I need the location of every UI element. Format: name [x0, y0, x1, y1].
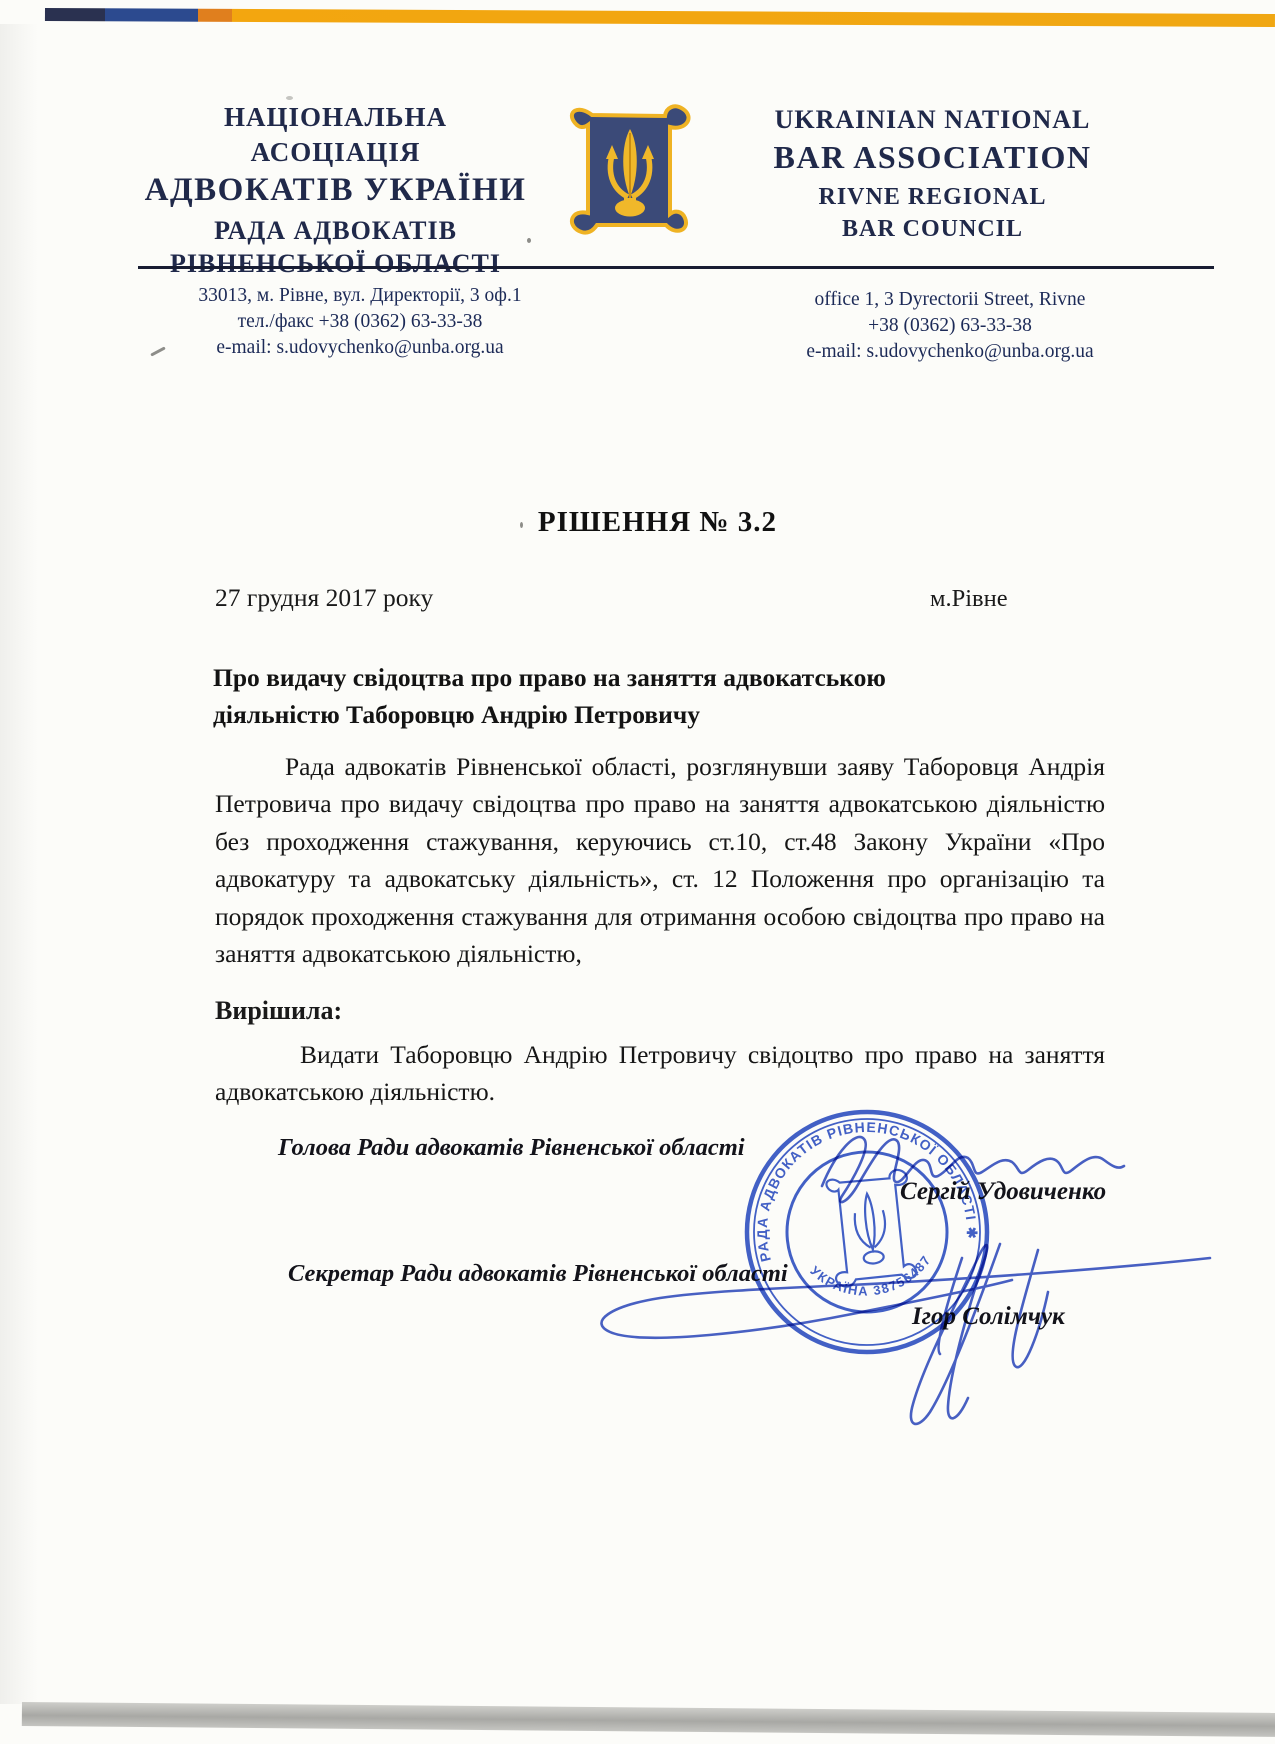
council-name-ua-line2: РІВНЕНСЬКОЇ ОБЛАСТІ: [138, 247, 533, 280]
org-name-en-line1: UKRAINIAN NATIONAL: [735, 103, 1130, 137]
letterhead-color-stripe: [45, 8, 1275, 27]
decision-subject: Про видачу свідоцтва про право на занятт…: [213, 659, 958, 733]
phone-ua: тел./факс +38 (0362) 63-33-38: [148, 309, 572, 335]
org-name-en-line2: BAR ASSOCIATION: [735, 137, 1130, 177]
scan-left-edge: [0, 24, 38, 1704]
contact-block-ua: 33013, м. Рівне, вул. Директорії, 3 оф.1…: [148, 283, 572, 361]
bar-council-round-stamp: РАДА АДВОКАТІВ РІВНЕНСЬКОЇ ОБЛАСТІ ✱ УКР…: [724, 1089, 1010, 1375]
scan-bottom-edge: [22, 1702, 1275, 1737]
phone-en: +38 (0362) 63-33-38: [738, 313, 1162, 339]
decision-place: м.Рівне: [930, 585, 1008, 613]
decision-body-paragraph: Рада адвокатів Рівненської області, розг…: [215, 748, 1105, 972]
council-name-en-line1: RIVNE REGIONAL: [735, 181, 1130, 213]
email-en: e-mail: s.udovychenko@unba.org.ua: [738, 339, 1162, 365]
letterhead-ukrainian: НАЦІОНАЛЬНА АСОЦІАЦІЯ АДВОКАТІВ УКРАЇНИ …: [138, 100, 533, 280]
scanned-document-page: НАЦІОНАЛЬНА АСОЦІАЦІЯ АДВОКАТІВ УКРАЇНИ …: [0, 0, 1275, 1744]
org-name-ua-line2: АДВОКАТІВ УКРАЇНИ: [138, 170, 533, 211]
signatory1-role: Голова Ради адвокатів Рівненської област…: [278, 1134, 745, 1162]
resolved-heading: Вирішила:: [215, 996, 342, 1026]
stamp-scroll-trident-emblem: [825, 1169, 917, 1288]
contact-block-en: office 1, 3 Dyrectorii Street, Rivne +38…: [738, 287, 1162, 365]
header-divider-rule: [138, 266, 1214, 269]
letterhead-english: UKRAINIAN NATIONAL BAR ASSOCIATION RIVNE…: [735, 103, 1130, 245]
unba-scroll-trident-logo: [562, 103, 702, 238]
signatory2-role: Секретар Ради адвокатів Рівненської обла…: [288, 1260, 788, 1288]
org-name-ua-line1: НАЦІОНАЛЬНА АСОЦІАЦІЯ: [138, 100, 533, 170]
council-name-ua-line1: РАДА АДВОКАТІВ: [138, 214, 533, 247]
address-en: office 1, 3 Dyrectorii Street, Rivne: [738, 287, 1162, 313]
decision-title: РІШЕННЯ № 3.2: [0, 506, 1275, 539]
decision-date: 27 грудня 2017 року: [215, 583, 433, 613]
council-name-en-line2: BAR COUNCIL: [735, 213, 1130, 245]
email-ua: e-mail: s.udovychenko@unba.org.ua: [148, 335, 572, 361]
address-ua: 33013, м. Рівне, вул. Директорії, 3 оф.1: [148, 283, 572, 309]
